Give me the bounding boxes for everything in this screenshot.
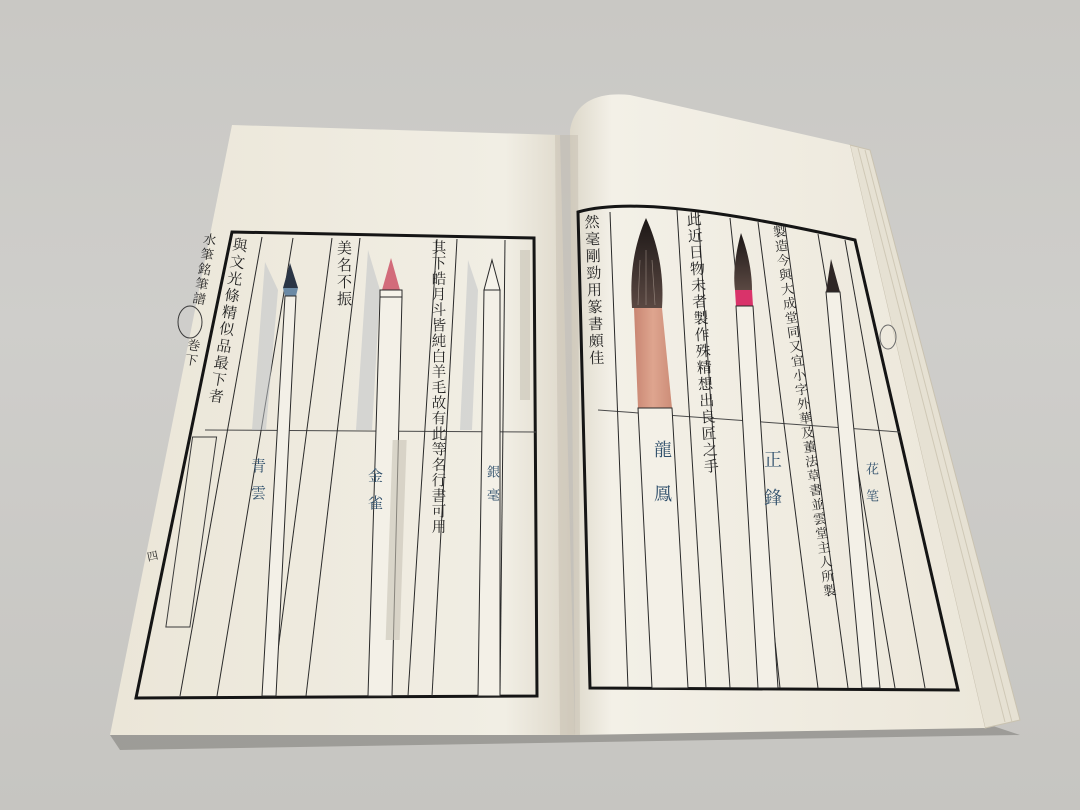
- left-page: [110, 125, 575, 735]
- brush-label-yinhao: 銀毫: [485, 465, 498, 511]
- brush-label-zhengfeng: 正鋒: [762, 450, 780, 526]
- brush-label-qingyun: 青雲: [250, 458, 265, 512]
- left-annotation-column-1: 美名不振: [336, 240, 351, 308]
- brush-label-jinque: 金雀: [367, 468, 382, 522]
- brush-label-longfeng: 龍鳳: [652, 440, 670, 528]
- left-annotation-column-2: 其下皓月斗皆純白羊毛故有此等名行書可用: [430, 240, 445, 535]
- brush-label-huabi: 花笔: [864, 462, 877, 516]
- book-photo-scene: 水筆銘筆譜 巻下 四 與文光條精似品最下者 美名不振 其下皓月斗皆純白羊毛故有此…: [0, 0, 1080, 810]
- right-header-column: 然毫剛勁用篆書頗佳: [583, 214, 603, 367]
- open-book-illustration: [0, 0, 1080, 810]
